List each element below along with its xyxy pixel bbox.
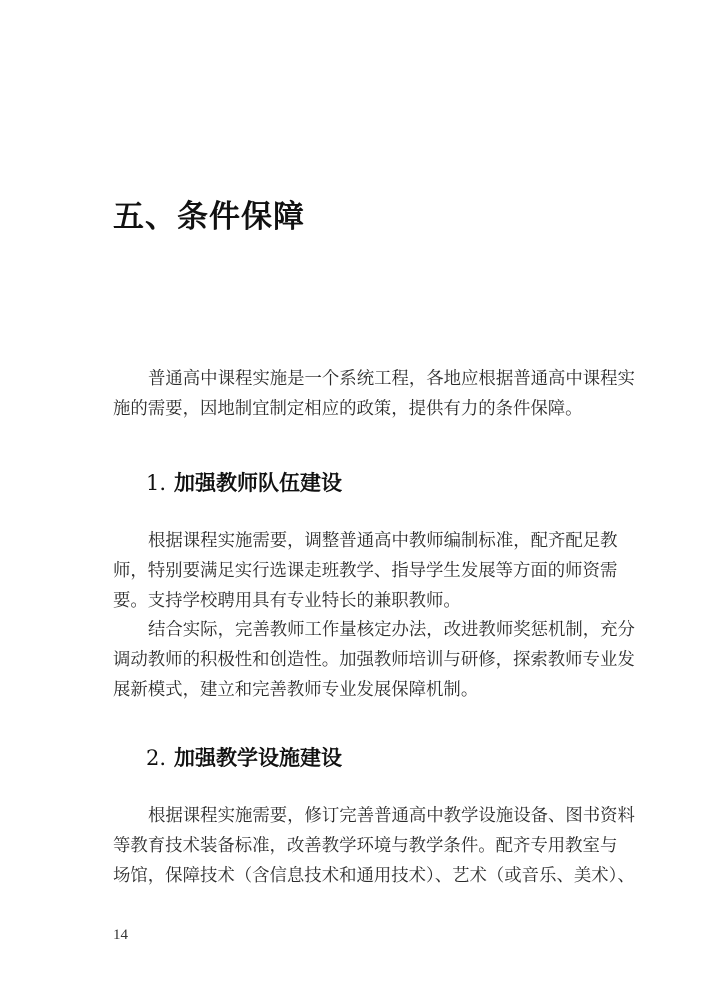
section-title: 加强教学设施建设 <box>174 745 342 770</box>
section-title: 加强教师队伍建设 <box>174 470 342 495</box>
text-line: 根据课程实施需要，调整普通高中教师编制标准，配齐配足教 <box>113 526 605 556</box>
text-line: 普通高中课程实施是一个系统工程，各地应根据普通高中课程实 <box>113 364 605 394</box>
text-line: 等教育技术装备标准，改善教学环境与教学条件。配齐专用教室与 <box>113 831 605 861</box>
text-line: 根据课程实施需要，修订完善普通高中教学设施设备、图书资料 <box>113 801 605 831</box>
document-page: 五、条件保障 普通高中课程实施是一个系统工程，各地应根据普通高中课程实 施的需要… <box>0 0 718 1005</box>
section-number: 1. <box>146 471 166 495</box>
page-number: 14 <box>113 927 128 944</box>
text-line: 展新模式，建立和完善教师专业发展保障机制。 <box>113 675 605 705</box>
facilities-paragraph-1: 根据课程实施需要，修订完善普通高中教学设施设备、图书资料 等教育技术装备标准，改… <box>113 801 605 891</box>
section-heading-teachers: 1.加强教师队伍建设 <box>146 468 342 498</box>
teachers-paragraph-1: 根据课程实施需要，调整普通高中教师编制标准，配齐配足教 师，特别要满足实行选课走… <box>113 526 605 616</box>
text-line: 施的需要，因地制宜制定相应的政策，提供有力的条件保障。 <box>113 394 605 424</box>
intro-paragraph: 普通高中课程实施是一个系统工程，各地应根据普通高中课程实 施的需要，因地制宜制定… <box>113 364 605 424</box>
text-line: 场馆，保障技术（含信息技术和通用技术）、艺术（或音乐、美术）、 <box>113 861 605 891</box>
text-line: 结合实际，完善教师工作量核定办法，改进教师奖惩机制，充分 <box>113 615 605 645</box>
text-line: 要。支持学校聘用具有专业特长的兼职教师。 <box>113 586 605 616</box>
section-heading-facilities: 2.加强教学设施建设 <box>146 743 342 773</box>
section-number: 2. <box>146 746 166 770</box>
text-line: 师，特别要满足实行选课走班教学、指导学生发展等方面的师资需 <box>113 556 605 586</box>
chapter-title: 五、条件保障 <box>113 197 305 237</box>
teachers-paragraph-2: 结合实际，完善教师工作量核定办法，改进教师奖惩机制，充分 调动教师的积极性和创造… <box>113 615 605 705</box>
text-line: 调动教师的积极性和创造性。加强教师培训与研修，探索教师专业发 <box>113 645 605 675</box>
